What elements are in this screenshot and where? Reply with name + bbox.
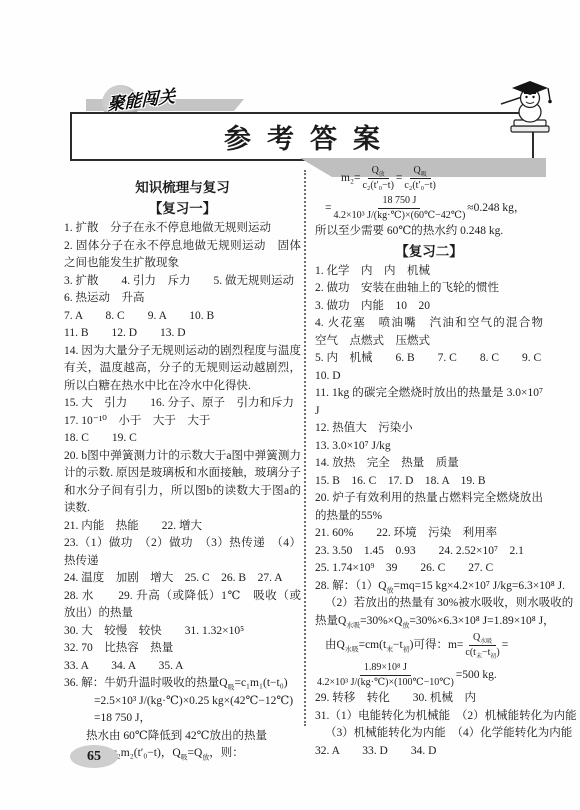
fraction-denominator: 4.2×10³ J/(kg·℃)×(60℃−42℃) xyxy=(334,209,466,222)
answer-item: 21. 内能 热能 22. 增大 xyxy=(64,518,301,536)
fraction-numerator: 18 750 J xyxy=(378,195,420,209)
fraction-numerator: Q放 xyxy=(368,165,389,179)
formula-text: m₂= xyxy=(341,163,360,193)
answer-item: 5. 内 机械 6. B 7. C 8. C 9. C xyxy=(315,350,543,368)
answer-item: 15. 大 引力 16. 分子、原子 引力和斥力 xyxy=(64,395,301,413)
answer-item: 6. 热运动 升高 xyxy=(64,290,301,308)
answer-item: 32. A 33. D 34. D xyxy=(315,743,543,761)
formula-text: 由Q水吸=cm(t末−t初)可得：m= xyxy=(325,630,463,660)
answer-item: 2. 做功 安装在曲轴上的飞轮的惯性 xyxy=(315,280,543,298)
formula-line: 由Q水吸=cm(t末−t初)可得：m=Q水吸c(t末−t初)= xyxy=(315,630,543,660)
solution-line: 热水由 60℃降低到 42℃放出的热量 xyxy=(64,728,301,746)
answer-item: 23.（1）做功 （2）做功 （3）热传递 （4）热传递 xyxy=(64,535,301,570)
answer-item: 1. 扩散 分子在永不停息地做无规则运动 xyxy=(64,220,301,238)
subsection-heading-review1: 【复习一】 xyxy=(64,198,301,220)
answer-item: 10. D xyxy=(315,368,543,386)
answer-item: 29. 转移 转化 30. 机械 内 xyxy=(315,690,543,708)
answer-item: 3. 扩散 4. 引力 斥力 5. 做无规则运动 xyxy=(64,273,301,291)
page-title: 参考答案 xyxy=(208,117,396,156)
formula-line: =18 750 J4.2×10³ J/(kg·℃)×(60℃−42℃)≈0.24… xyxy=(315,193,543,223)
formula-line: 1.89×10⁸ J4.2×10³ J/(kg·℃)×(100℃−10℃)=50… xyxy=(315,660,543,690)
answer-item: 13. 3.0×10⁷ J/kg xyxy=(315,438,543,456)
answer-item: 25. 1.74×10⁹ 39 26. C 27. C xyxy=(315,560,543,578)
solution-line: 热量Q水吸=30%×Q放=30%×6.3×10⁸ J=1.89×10⁸ J， xyxy=(315,613,543,631)
answer-item: 7. A 8. C 9. A 10. B xyxy=(64,308,301,326)
formula-text: =500 kg. xyxy=(456,660,497,690)
subsection-heading-review2: 【复习二】 xyxy=(315,241,543,263)
solution-36-continuation: m₂=Q放c₂(t′₀−t)=Q吸c₂(t′₀−t) =18 750 J4.2×… xyxy=(315,163,543,241)
fraction-denominator: c₂(t′₀−t) xyxy=(404,179,435,192)
answer-item: 4. 火花塞 喷油嘴 汽油和空气的混合物 空气 点燃式 压燃式 xyxy=(315,315,543,350)
formula-text: = xyxy=(502,630,509,660)
page-number: 65 xyxy=(87,749,101,765)
fraction-denominator: c₂(t′₀−t) xyxy=(362,179,393,192)
answer-item: 14. 放热 完全 热量 质量 xyxy=(315,455,543,473)
mascot-graduate-icon xyxy=(498,76,558,142)
answer-item: 12. 热值大 污染小 xyxy=(315,420,543,438)
answer-item: 20. 炉子有效利用的热量占燃料完全燃烧放出的热量的55% xyxy=(315,490,543,525)
answer-item: 17. 10⁻¹⁰ 小于 大于 大于 xyxy=(64,413,301,431)
answer-item: 1. 化学 内 内 机械 xyxy=(315,263,543,281)
answer-item: 23. 3.50 1.45 0.93 24. 2.52×10⁷ 2.1 xyxy=(315,543,543,561)
fraction: Q吸c₂(t′₀−t) xyxy=(404,165,435,192)
solution-conclusion: 所以至少需要 60℃的热水约 0.248 kg. xyxy=(315,223,543,241)
fraction-denominator: 4.2×10³ J/(kg·℃)×(100℃−10℃) xyxy=(317,676,454,689)
fraction-numerator: Q水吸 xyxy=(469,632,496,646)
formula-text: = xyxy=(325,193,332,223)
fraction: Q放c₂(t′₀−t) xyxy=(362,165,393,192)
fraction-numerator: 1.89×10⁸ J xyxy=(360,662,411,676)
column-divider xyxy=(304,170,306,726)
answer-key-page: 聚能闯关 参考答案 知识梳理与复习 【复习一】 1. 扩散 分子在永不停息地做无… xyxy=(0,0,580,810)
answer-item: 28. 水 29. 升高（或降低）1℃ 吸收（或放出）的热量 xyxy=(64,588,301,623)
solution-line: =2.5×10³ J/(kg·℃)×0.25 kg×(42℃−12℃) xyxy=(64,693,301,711)
title-box: 参考答案 xyxy=(70,112,534,161)
answer-item: 14. 因为大量分子无规则运动的剧烈程度与温度有关，温度越高，分子的无规则运动越… xyxy=(64,343,301,396)
formula-line: m₂=Q放c₂(t′₀−t)=Q吸c₂(t′₀−t) xyxy=(315,163,543,193)
section-heading: 知识梳理与复习 xyxy=(64,178,301,198)
fraction-numerator: Q吸 xyxy=(410,165,431,179)
solution-line: 36. 解：牛奶升温时吸收的热量Q吸=c₁m₁(t−t₀) xyxy=(64,675,301,693)
answer-item: 11. B 12. D 13. D xyxy=(64,325,301,343)
solution-line: 28. 解：（1）Q放=mq=15 kg×4.2×10⁷ J/kg=6.3×10… xyxy=(315,578,543,596)
formula-text: ≈0.248 kg， xyxy=(467,193,525,223)
answer-item: 32. 70 比热容 热量 xyxy=(64,640,301,658)
fraction: Q水吸c(t末−t初) xyxy=(465,632,499,659)
solution-line: （2）若放出的热量有 30%被水吸收，则水吸收的 xyxy=(315,595,543,613)
fraction-denominator: c(t末−t初) xyxy=(465,646,499,659)
solution-item-28: 28. 解：（1）Q放=mq=15 kg×4.2×10⁷ J/kg=6.3×10… xyxy=(315,578,543,691)
fraction: 1.89×10⁸ J4.2×10³ J/(kg·℃)×(100℃−10℃) xyxy=(317,662,454,689)
answer-item: 31.（1）电能转化为机械能 （2）机械能转化为内能 xyxy=(315,708,543,726)
answer-item: 11. 1kg 的碳完全燃烧时放出的热量是 3.0×10⁷ J xyxy=(315,385,543,420)
fraction: 18 750 J4.2×10³ J/(kg·℃)×(60℃−42℃) xyxy=(334,195,466,222)
answer-item: 3. 做功 内能 10 20 xyxy=(315,298,543,316)
right-column: m₂=Q放c₂(t′₀−t)=Q吸c₂(t′₀−t) =18 750 J4.2×… xyxy=(315,163,543,760)
answer-item: 21. 60% 22. 环境 污染 利用率 xyxy=(315,525,543,543)
answer-item: （3）机械能转化为内能 （4）化学能转化为内能 xyxy=(315,725,543,743)
left-column: 知识梳理与复习 【复习一】 1. 扩散 分子在永不停息地做无规则运动 2. 固体… xyxy=(64,178,301,763)
answer-item: 30. 大 较慢 较快 31. 1.32×10⁵ xyxy=(64,623,301,641)
answer-item: 15. B 16. C 17. D 18. A 19. B xyxy=(315,473,543,491)
solution-line: =18 750 J， xyxy=(64,710,301,728)
answer-item: 20. b图中弹簧测力计的示数大于a图中弹簧测力计的示数. 原因是玻璃板和水面接… xyxy=(64,448,301,518)
page-number-badge: 65 xyxy=(70,745,118,768)
answer-item: 2. 固体分子在永不停息地做无规则运动 固体之间也能发生扩散现象 xyxy=(64,238,301,273)
answer-item: 24. 温度 加剧 增大 25. C 26. B 27. A xyxy=(64,570,301,588)
answer-item: 18. C 19. C xyxy=(64,430,301,448)
formula-text: = xyxy=(396,163,403,193)
answer-item: 33. A 34. A 35. A xyxy=(64,658,301,676)
